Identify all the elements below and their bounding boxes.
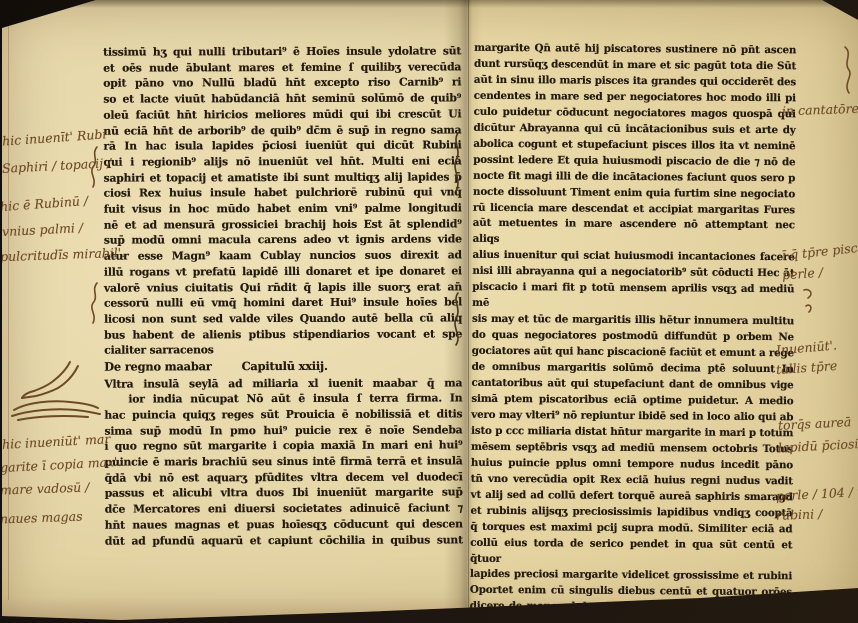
margin-note: in cantatōres	[782, 101, 858, 119]
text-line: ior india nūcupat Nō aūt ē insula ſ terr…	[104, 391, 462, 408]
text-line: q̄dā vbi nō est aquarʒ pfūdites vltra de…	[105, 469, 463, 486]
chapter-number: Capitulū xxiij.	[242, 358, 328, 376]
text-line: dc̄e Mercatores eni diuersi societates a…	[105, 501, 463, 518]
text-line: et rubinis alijsqʒ preciosissimis lapidi…	[471, 503, 793, 521]
manicule-hand-drawing	[8, 358, 104, 428]
ink-squiggle	[450, 132, 464, 192]
text-line: et oēs nude ābulant mares et femine ſ qu…	[103, 59, 461, 76]
text-line: saphiri et topacij et amatiste ibi sunt …	[104, 169, 462, 186]
paragraph: tissimū hʒ qui nulli tributari⁹ ē Hoīes …	[103, 43, 462, 358]
margin-note: rubini /	[776, 506, 823, 523]
margin-note: mare vadosū /	[0, 479, 90, 497]
margin-note: garite ī copia max'.	[0, 454, 122, 475]
chapter-heading: De regno maabar Capitulū xxiij.	[104, 357, 462, 376]
text-line: dūt ad pfundū aquarū et capiunt cōchilia…	[105, 532, 463, 549]
text-line: hn̄t naues magnas et puas hoīesqʒ cōducu…	[105, 516, 463, 533]
ink-squiggle	[88, 282, 102, 324]
text-line: Vltra insulā seylā ad miliaria xl iuenit…	[104, 375, 462, 392]
chapter-rubric: De regno maabar	[104, 358, 211, 376]
ink-squiggle	[88, 146, 102, 188]
paragraph: margarite Qn̄ autē hij piscatores sustin…	[470, 41, 797, 618]
text-line: so et lacte viuūt habūdanciā hn̄t seminū…	[103, 90, 461, 107]
text-line: dicere de mane ad deorū suorum reuerenci…	[470, 599, 792, 617]
text-line: nū eciā hn̄t de arborib⁹ de quib⁹ dc̄m ē…	[103, 122, 461, 139]
book-spread: tissimū hʒ qui nulli tributari⁹ ē Hoīes …	[0, 0, 858, 623]
gutter-crease	[468, 0, 469, 623]
text-line: illū rogans vt prefatū lapidē illi donar…	[104, 263, 462, 280]
margin-note: perle /	[782, 265, 824, 283]
ink-bracket	[840, 46, 856, 94]
text-line: tissimū hʒ qui nulli tributari⁹ ē Hoīes …	[103, 43, 461, 60]
text-line: cessorū nulli eū vmq̄ homini daret Hui⁹ …	[104, 295, 462, 312]
text-line: atur esse Magn⁹ kaam Cublay nuncios suos…	[104, 248, 462, 265]
text-line: ciosi Rex huius insule habet pulchriorē …	[104, 185, 462, 202]
text-line: cialiter sarracenos	[104, 342, 462, 359]
margin-note: hic ē Rubinū /	[0, 193, 89, 214]
text-line: nē et ad mensurā grossiciei brachij hois…	[104, 216, 462, 233]
ink-squiggle	[450, 292, 464, 346]
text-line: q̄ torques est maximi pcij supra modū. S…	[470, 519, 792, 537]
text-line: sima sup̄ modū In pmo hui⁹ puicie rex ē …	[104, 422, 462, 439]
text-line: sup̄ modū omni macula carens adeo vt ign…	[104, 232, 462, 249]
text-line: collū eius torda de serico pendet in qua…	[470, 535, 792, 569]
text-line: hac puincia quiqʒ reges sūt Prouicia ē n…	[104, 406, 462, 423]
text-line: oleū faciūt hn̄t hiricios meliores mūdi …	[103, 106, 461, 123]
text-line: valorē vnius ciuitatis Qui rn̄dit q̄ lap…	[104, 279, 462, 296]
margin-note: hic inueniūt' mar	[2, 431, 111, 452]
paragraph: Vltra insulā seylā ad miliaria xl iuenit…	[104, 375, 463, 549]
text-line: fuit visus in hoc mūdo habet enim vni⁹ p…	[104, 200, 462, 217]
margin-note: naues magas	[0, 509, 83, 527]
margin-note: vnius palmi /	[2, 220, 84, 239]
right-page-text: margarite Qn̄ autē hij piscatores sustin…	[470, 41, 797, 618]
text-line: nocte dissoluunt Timent enim quia furtim…	[473, 184, 795, 202]
book-photograph: tissimū hʒ qui nulli tributari⁹ ē Hoīes …	[0, 0, 858, 623]
text-line: i quo regno sūt margarite i copia maxiā …	[104, 438, 462, 455]
ink-squiggle	[800, 286, 816, 316]
text-line: rā In hac isula lapides p̄ciosi iueniūt …	[103, 138, 461, 155]
left-page-text: tissimū hʒ qui nulli tributari⁹ ē Hoīes …	[103, 43, 463, 549]
text-line: piscacio i mari fit p totū mensem aprili…	[472, 280, 794, 314]
text-line: passus et alicubi vltra duos Ibi inueniū…	[105, 485, 463, 502]
text-line: opit pāno vno Nullū bladū hn̄t excepto r…	[103, 75, 461, 92]
text-line: puincie ē maris brachiū seu sinus intē f…	[105, 453, 463, 470]
text-line: licosi non sunt sed valde viles Quando a…	[104, 310, 462, 327]
text-line: nocte fit magi illi de die incātaciones …	[473, 168, 795, 186]
text-line: aūt metuentes in mare ascendere nō attem…	[473, 216, 795, 250]
text-line: qui i regionib⁹ alijs nō inueniūt vel hn…	[104, 153, 462, 170]
text-line: bus habent de alienis ptibus stipendiari…	[104, 326, 462, 343]
